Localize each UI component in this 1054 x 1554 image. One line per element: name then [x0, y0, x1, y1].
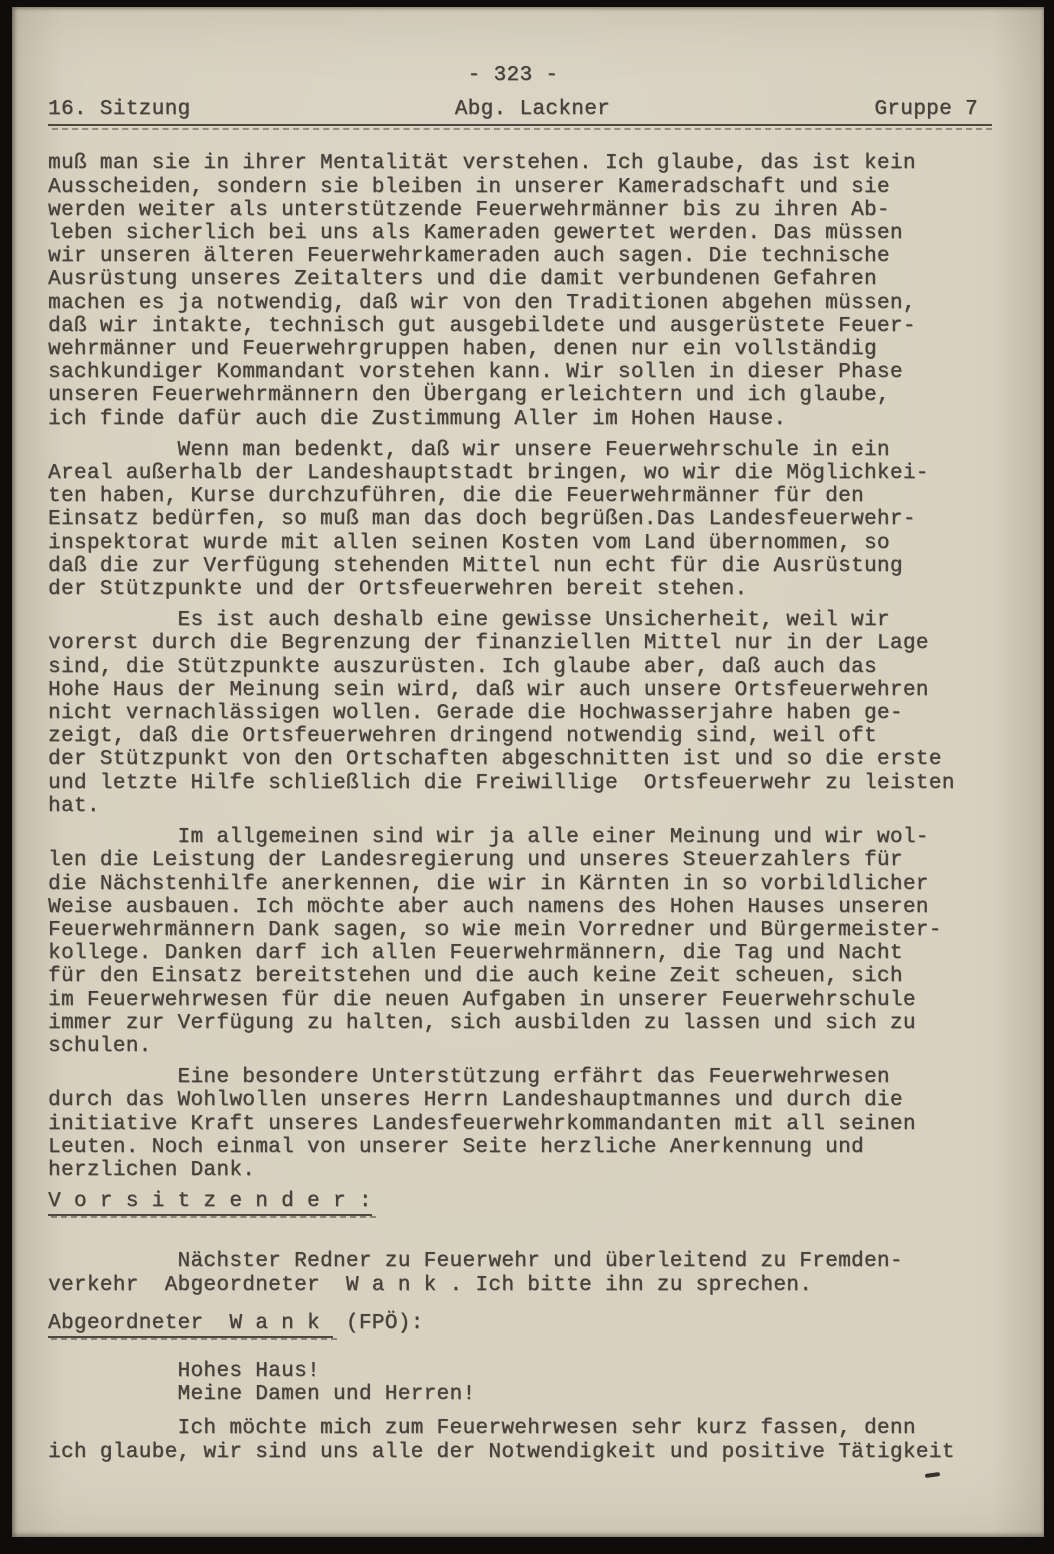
header-group-label: Gruppe 7: [874, 98, 978, 121]
chairman-heading: V o r s i t z e n d e r :: [48, 1190, 978, 1216]
document-page: - 323 - 16. Sitzung Abg. Lackner Gruppe …: [12, 7, 1044, 1537]
scanned-page: - 323 - 16. Sitzung Abg. Lackner Gruppe …: [0, 0, 1054, 1554]
chairman-heading-label: V o r s i t z e n d e r :: [48, 1190, 372, 1216]
header-speaker-label: Abg. Lackner: [455, 98, 610, 121]
speech-greeting: Hohes Haus! Meine Damen und Herren!: [48, 1360, 978, 1406]
header-session-label: 16. Sitzung: [48, 98, 190, 121]
header-rule: [48, 124, 992, 126]
speaker-party-label: (FPÖ):: [333, 1312, 424, 1335]
speech-paragraph-continuation: muß man sie in ihrer Mentalität verstehe…: [48, 152, 978, 430]
speech-paragraph: Eine besondere Unterstützung erfährt das…: [48, 1066, 978, 1182]
scan-artifact-speck: [925, 1472, 940, 1478]
chairman-announcement: Nächster Redner zu Feuerwehr und überlei…: [48, 1250, 978, 1296]
page-header: 16. Sitzung Abg. Lackner Gruppe 7: [48, 98, 978, 125]
speech-paragraph: Ich möchte mich zum Feuerwehrwesen sehr …: [48, 1417, 978, 1463]
speech-paragraph: Es ist auch deshalb eine gewisse Unsiche…: [48, 609, 978, 818]
speech-paragraph: Wenn man bedenkt, daß wir unsere Feuerwe…: [48, 439, 978, 601]
speaker-name-label: Abgeordneter W a n k: [48, 1312, 333, 1338]
page-number: - 323 -: [48, 64, 978, 87]
speech-paragraph: Im allgemeinen sind wir ja alle einer Me…: [48, 826, 978, 1058]
speaker-heading: Abgeordneter W a n k (FPÖ):: [48, 1312, 978, 1338]
